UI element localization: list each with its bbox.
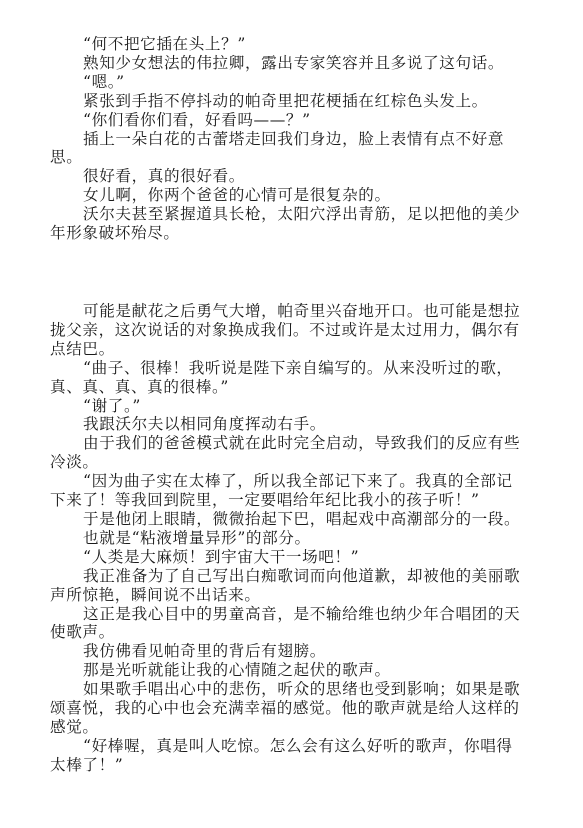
paragraph: 如果歌手唱出心中的悲伤，听众的思绪也受到影响；如果是歌颂喜悦，我的心中也会充满幸…	[50, 680, 524, 737]
paragraph: 可能是献花之后勇气大增，帕奇里兴奋地开口。也可能是想拉拢父亲，这次说话的对象换成…	[50, 302, 524, 359]
paragraph: 由于我们的爸爸模式就在此时完全启动，导致我们的反应有些冷淡。	[50, 434, 524, 472]
paragraph: 也就是“粘液增量异形”的部分。	[50, 529, 524, 548]
paragraph: “何不把它插在头上？”	[50, 35, 524, 54]
paragraph: “你们看你们看，好看吗——？”	[50, 111, 524, 130]
text-section-2: 可能是献花之后勇气大增，帕奇里兴奋地开口。也可能是想拉拢父亲，这次说话的对象换成…	[50, 302, 524, 775]
paragraph: “人类是大麻烦！到宇宙大干一场吧！”	[50, 548, 524, 567]
paragraph: 我正准备为了自己写出白痴歌词而向他道歉，却被他的美丽歌声所惊艳，瞬间说不出话来。	[50, 567, 524, 605]
paragraph: “嗯。”	[50, 73, 524, 92]
text-section-1: “何不把它插在头上？” 熟知少女想法的伟拉卿，露出专家笑容并且多说了这句话。 “…	[50, 35, 524, 243]
paragraph: 插上一朵白花的古蕾塔走回我们身边，脸上表情有点不好意思。	[50, 130, 524, 168]
paragraph: “谢了。”	[50, 397, 524, 416]
paragraph: 那是光听就能让我的心情随之起伏的歌声。	[50, 661, 524, 680]
paragraph: 这正是我心目中的男童高音，是不输给维也纳少年合唱团的天使歌声。	[50, 605, 524, 643]
paragraph: 于是他闭上眼睛，微微抬起下巴，唱起戏中高潮部分的一段。	[50, 510, 524, 529]
paragraph: “好棒喔，真是叫人吃惊。怎么会有这么好听的歌声，你唱得太棒了！”	[50, 737, 524, 775]
paragraph: 熟知少女想法的伟拉卿，露出专家笑容并且多说了这句话。	[50, 54, 524, 73]
paragraph: 沃尔夫甚至紧握道具长枪，太阳穴浮出青筋，足以把他的美少年形象破坏殆尽。	[50, 205, 524, 243]
paragraph: “曲子、很棒！我听说是陛下亲自编写的。从来没听过的歌，真、真、真、真的很棒。”	[50, 359, 524, 397]
paragraph: “因为曲子实在太棒了，所以我全部记下来了。我真的全部记下来了！等我回到院里，一定…	[50, 472, 524, 510]
paragraph: 女儿啊，你两个爸爸的心情可是很复杂的。	[50, 186, 524, 205]
paragraph: 我跟沃尔夫以相同角度挥动右手。	[50, 415, 524, 434]
paragraph: 我仿佛看见帕奇里的背后有翅膀。	[50, 642, 524, 661]
paragraph: 很好看，真的很好看。	[50, 167, 524, 186]
paragraph: 紧张到手指不停抖动的帕奇里把花梗插在红棕色头发上。	[50, 92, 524, 111]
document-page: “何不把它插在头上？” 熟知少女想法的伟拉卿，露出专家笑容并且多说了这句话。 “…	[0, 0, 583, 828]
